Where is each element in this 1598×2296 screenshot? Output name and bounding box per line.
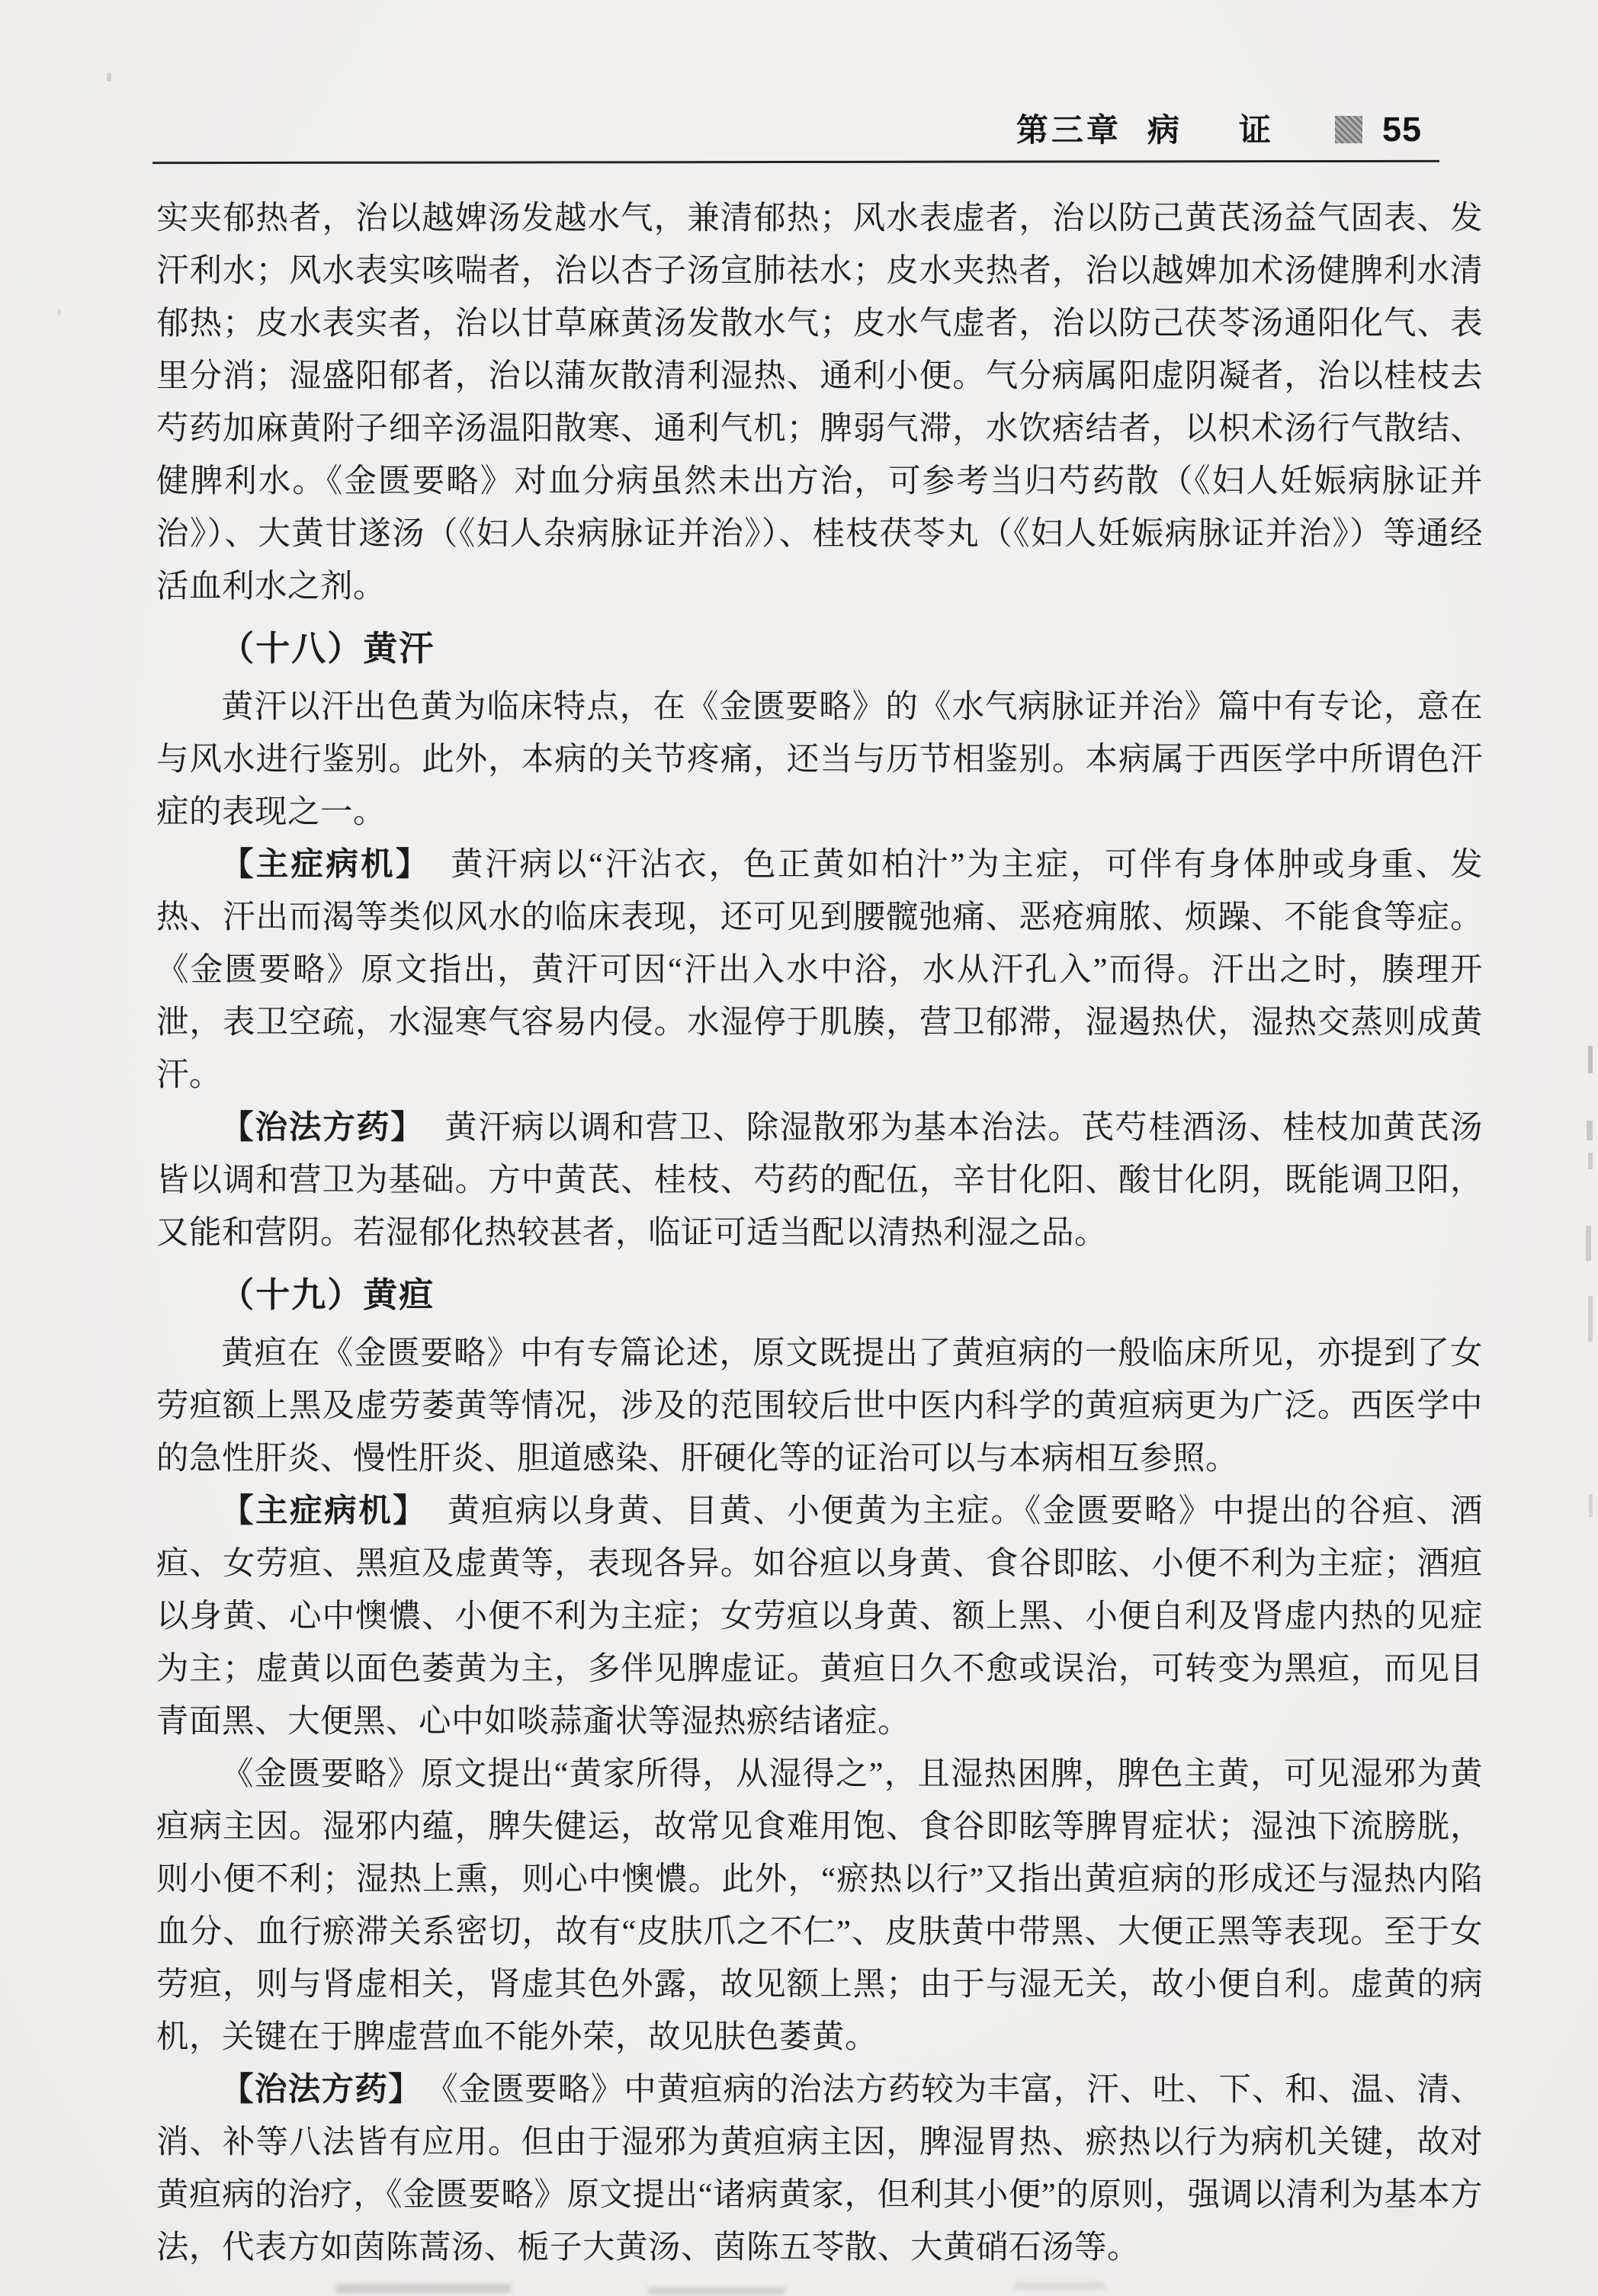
paragraph-treatment: 【治法方药】黄汗病以调和营卫、除湿散邪为基本治法。芪芍桂酒汤、桂枝加黄芪汤皆以调… — [156, 1102, 1483, 1259]
paragraph: 《金匮要略》原文提出“黄家所得，从湿得之”，且湿热困脾，脾色主黄，可见湿邪为黄疸… — [156, 1748, 1483, 2064]
scan-artifact — [1589, 1494, 1593, 1517]
scan-artifact — [1588, 1296, 1593, 1342]
scan-artifact — [107, 72, 111, 82]
subsection-label: 【主症病机】 — [221, 847, 431, 883]
subsection-label: 【主症病机】 — [221, 1493, 427, 1529]
paragraph-text: 黄汗病以“汗沾衣，色正黄如柏汁”为主症，可伴有身体肿或身重、发热、汗出而渴等类似… — [156, 847, 1483, 1093]
paragraph-main-symptoms: 【主症病机】黄疸病以身黄、目黄、小便黄为主症。《金匮要略》中提出的谷疸、酒疸、女… — [156, 1485, 1483, 1748]
chapter-title-char-1: 病 — [1147, 112, 1179, 148]
section-heading-18: （十八）黄汗 — [156, 622, 1483, 675]
checkered-square-icon — [1335, 116, 1362, 143]
scan-artifact — [648, 2287, 785, 2294]
scan-artifact — [1587, 1121, 1593, 1140]
header-rule — [152, 160, 1439, 164]
paragraph-continuation: 实夹郁热者，治以越婢汤发越水气，兼清郁热；风水表虚者，治以防己黄芪汤益气固表、发… — [156, 192, 1483, 613]
running-header: 第三章病证55 — [156, 111, 1422, 149]
section-heading-19: （十九）黄疸 — [156, 1268, 1483, 1321]
paragraph: 黄疸在《金匮要略》中有专篇论述，原文既提出了黄疸病的一般临床所见，亦提到了女劳疸… — [156, 1327, 1483, 1485]
paragraph-text: 黄疸病以身黄、目黄、小便黄为主症。《金匮要略》中提出的谷疸、酒疸、女劳疸、黑疸及… — [156, 1493, 1483, 1740]
paragraph-treatment: 【治法方药】《金匮要略》中黄疸病的治法方药较为丰富，汗、吐、下、和、温、清、消、… — [156, 2064, 1483, 2274]
page-number: 55 — [1382, 110, 1422, 149]
scan-artifact — [1014, 2282, 1105, 2290]
book-page: 第三章病证55 实夹郁热者，治以越婢汤发越水气，兼清郁热；风水表虚者，治以防己黄… — [0, 0, 1598, 2296]
scan-artifact — [1586, 1226, 1591, 1261]
paragraph: 黄汗以汗出色黄为临床特点，在《金匮要略》的《水气病脉证并治》篇中有专论，意在与风… — [156, 681, 1483, 839]
chapter-number: 第三章 — [1016, 112, 1121, 148]
chapter-title-char-2: 证 — [1239, 112, 1271, 148]
scan-artifact — [335, 2284, 511, 2293]
subsection-label: 【治法方药】 — [221, 2072, 422, 2108]
body-text: 实夹郁热者，治以越婢汤发越水气，兼清郁热；风水表虚者，治以防己黄芪汤益气固表、发… — [156, 192, 1483, 2274]
scan-artifact — [1588, 1153, 1593, 1169]
scan-artifact — [1588, 1046, 1593, 1073]
subsection-label: 【治法方药】 — [221, 1110, 425, 1146]
scan-artifact — [57, 309, 61, 316]
paragraph-main-symptoms: 【主症病机】黄汗病以“汗沾衣，色正黄如柏汁”为主症，可伴有身体肿或身重、发热、汗… — [156, 839, 1483, 1102]
